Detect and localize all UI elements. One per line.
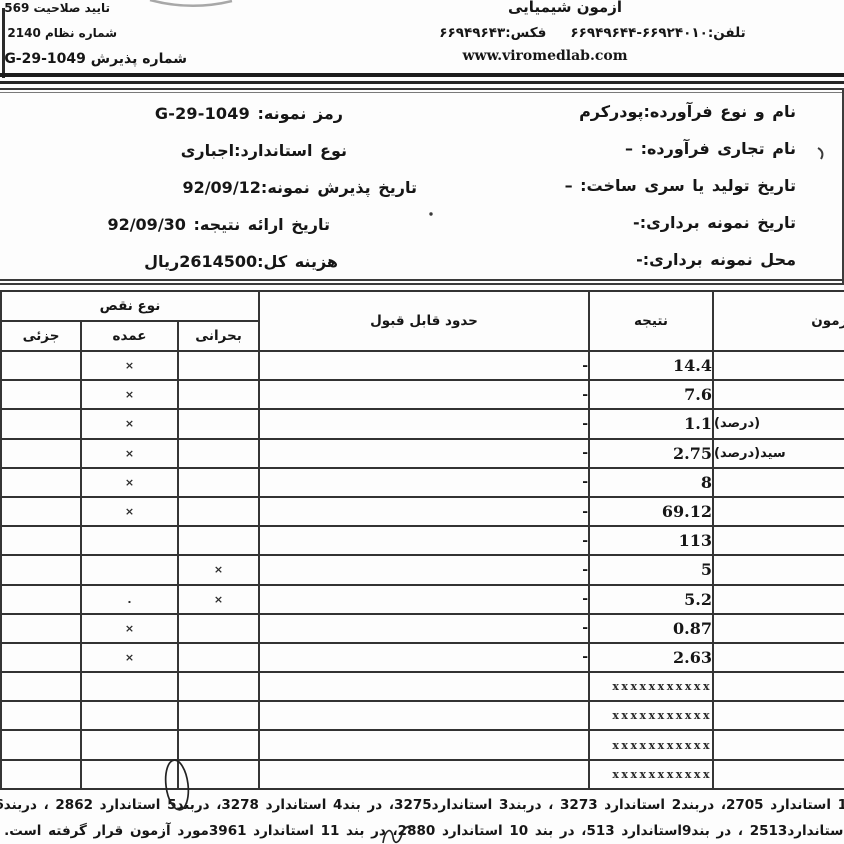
major-defect-cell [81, 701, 178, 730]
result-cell: xxxxxxxxxxx [589, 672, 713, 701]
defect-type-header: نوع نقص [1, 291, 259, 321]
info-bottom-rule [0, 279, 844, 285]
lab-report-page: تایید صلاحیت 569 شماره نظام 2140 شماره پ… [0, 0, 844, 844]
major-defect-cell: × [81, 643, 178, 672]
footnote-line-1: د1 استاندارد 2705، دربند2 استاندارد 3273… [0, 797, 844, 813]
result-cell: 5 [589, 555, 713, 584]
limit-cell: - [259, 468, 589, 497]
info-production-date: تاریخ تولید یا سری ساخت: – [565, 176, 796, 195]
limit-cell: - [259, 526, 589, 555]
test-name-cell [713, 555, 844, 584]
test-name-cell [713, 351, 844, 380]
critical-defect-cell [178, 380, 259, 409]
major-defect-cell: × [81, 497, 178, 526]
critical-defect-header: بحرانی [178, 321, 259, 351]
test-name-cell: (درصد) [713, 409, 844, 438]
phone-fax-line: تلفن:۶۶۹۲۴۰۱۰-۶۶۹۴۹۶۴۴فکس:۶۶۹۴۹۶۴۳ [395, 25, 790, 41]
critical-defect-cell [178, 526, 259, 555]
result-cell: 2.63 [589, 643, 713, 672]
major-defect-cell: × [81, 439, 178, 468]
limit-cell: - [259, 643, 589, 672]
critical-defect-cell [178, 468, 259, 497]
result-cell: 2.75 [589, 439, 713, 468]
table-row: × - 2.63 [1, 643, 844, 672]
limit-cell [259, 672, 589, 701]
limit-cell: - [259, 555, 589, 584]
acceptance-number: شماره پذیرش G-29-1049 [4, 51, 187, 67]
limit-cell: - [259, 351, 589, 380]
table-header-row-1: نوع نقص حدود قابل قبول نتیجه آزمون [1, 291, 844, 321]
minor-defect-cell [1, 585, 81, 614]
minor-defect-cell [1, 351, 81, 380]
info-sampling-place: محل نمونه برداری:- [636, 250, 796, 269]
info-result-date: تاریخ ارائه نتیجه: 92/09/30 [107, 215, 330, 234]
minor-defect-cell [1, 409, 81, 438]
test-name-cell [713, 730, 844, 759]
footnote-line-2: استاندارد2513 ، در بند9استاندارد 513، در… [4, 823, 844, 839]
limit-cell: - [259, 585, 589, 614]
header-left-border [2, 8, 5, 78]
phone-number: تلفن:۶۶۹۲۴۰۱۰-۶۶۹۴۹۶۴۴ [570, 25, 745, 41]
edge-cut-mark [818, 148, 822, 159]
info-product-name: نام و نوع فرآورده:پودرکرم [579, 102, 796, 121]
table-row: × - 8 [1, 468, 844, 497]
test-name-cell [713, 672, 844, 701]
minor-defect-cell [1, 701, 81, 730]
result-header: نتیجه [589, 291, 713, 351]
critical-defect-cell [178, 351, 259, 380]
accreditation-number: تایید صلاحیت 569 [4, 1, 110, 15]
test-name-cell [713, 585, 844, 614]
info-trade-name: نام تجاری فرآورده: – [625, 139, 796, 158]
table-row: xxxxxxxxxxx [1, 760, 844, 789]
major-defect-cell: × [81, 380, 178, 409]
limit-cell: - [259, 439, 589, 468]
limit-cell [259, 730, 589, 759]
critical-defect-cell [178, 439, 259, 468]
minor-defect-cell [1, 555, 81, 584]
critical-defect-cell [178, 497, 259, 526]
major-defect-cell [81, 730, 178, 759]
critical-defect-cell [178, 701, 259, 730]
major-defect-header: عمده [81, 321, 178, 351]
table-row: × - 7.6 [1, 380, 844, 409]
table-row: × - 69.12 [1, 497, 844, 526]
table-row: xxxxxxxxxxx [1, 701, 844, 730]
major-defect-cell: × [81, 409, 178, 438]
major-defect-cell [81, 760, 178, 789]
test-name-cell [713, 760, 844, 789]
test-name-cell [713, 701, 844, 730]
info-sampling-date: تاریخ نمونه برداری:- [633, 213, 796, 232]
major-defect-cell [81, 555, 178, 584]
major-defect-cell [81, 526, 178, 555]
result-cell: 8 [589, 468, 713, 497]
minor-defect-cell [1, 380, 81, 409]
result-cell: 0.87 [589, 614, 713, 643]
info-total-cost: هزینه کل:2614500ریال [144, 252, 338, 271]
critical-defect-cell [178, 730, 259, 759]
result-cell: 14.4 [589, 351, 713, 380]
limit-cell: - [259, 614, 589, 643]
stamp-arc-remnant [150, 0, 232, 6]
major-defect-cell: × [81, 614, 178, 643]
info-acceptance-date: تاریخ پذیرش نمونه:92/09/12 [182, 178, 417, 197]
limit-cell: - [259, 497, 589, 526]
header-divider-rule [0, 73, 844, 84]
info-top-rule [0, 88, 844, 93]
result-cell: 7.6 [589, 380, 713, 409]
major-defect-cell [81, 672, 178, 701]
major-defect-cell: . [81, 585, 178, 614]
fax-number: فکس:۶۶۹۴۹۶۴۳ [439, 25, 546, 41]
system-number: شماره نظام 2140 [7, 26, 117, 40]
info-standard-type: نوع استاندارد:اجباری [181, 141, 347, 160]
minor-defect-cell [1, 497, 81, 526]
critical-defect-cell [178, 672, 259, 701]
table-row: . × - 5.2 [1, 585, 844, 614]
stray-dot [429, 212, 432, 215]
info-sample-code: رمز نمونه: G-29-1049 [155, 104, 343, 123]
table-row: - 113 [1, 526, 844, 555]
results-table: نوع نقص حدود قابل قبول نتیجه آزمون جزئی … [0, 290, 844, 790]
doc-title: آزمون شیمیایی [400, 0, 730, 16]
result-cell: 69.12 [589, 497, 713, 526]
limits-header: حدود قابل قبول [259, 291, 589, 351]
major-defect-cell: × [81, 468, 178, 497]
website-url: www.viromedlab.com [380, 48, 710, 64]
test-name-cell [713, 497, 844, 526]
table-row: xxxxxxxxxxx [1, 672, 844, 701]
critical-defect-cell [178, 643, 259, 672]
minor-defect-header: جزئی [1, 321, 81, 351]
result-cell: 5.2 [589, 585, 713, 614]
limit-cell [259, 701, 589, 730]
test-header: آزمون [713, 291, 844, 351]
minor-defect-cell [1, 439, 81, 468]
test-name-cell [713, 468, 844, 497]
minor-defect-cell [1, 643, 81, 672]
table-row: × - 0.87 [1, 614, 844, 643]
table-row: × - 2.75 سید(درصد) [1, 439, 844, 468]
minor-defect-cell [1, 468, 81, 497]
test-name-cell [713, 643, 844, 672]
result-cell: xxxxxxxxxxx [589, 701, 713, 730]
result-cell: xxxxxxxxxxx [589, 730, 713, 759]
result-cell: 1.1 [589, 409, 713, 438]
test-name-cell [713, 614, 844, 643]
critical-defect-cell [178, 409, 259, 438]
minor-defect-cell [1, 614, 81, 643]
critical-defect-cell: × [178, 555, 259, 584]
table-row: xxxxxxxxxxx [1, 730, 844, 759]
major-defect-cell: × [81, 351, 178, 380]
test-name-cell [713, 380, 844, 409]
table-row: × - 1.1 (درصد) [1, 409, 844, 438]
critical-defect-cell [178, 614, 259, 643]
result-cell: xxxxxxxxxxx [589, 760, 713, 789]
minor-defect-cell [1, 730, 81, 759]
test-name-cell: سید(درصد) [713, 439, 844, 468]
test-name-cell [713, 526, 844, 555]
result-cell: 113 [589, 526, 713, 555]
critical-defect-cell: × [178, 585, 259, 614]
limit-cell [259, 760, 589, 789]
table-row: × - 5 [1, 555, 844, 584]
limit-cell: - [259, 380, 589, 409]
minor-defect-cell [1, 672, 81, 701]
minor-defect-cell [1, 760, 81, 789]
minor-defect-cell [1, 526, 81, 555]
table-row: × - 14.4 [1, 351, 844, 380]
critical-defect-cell [178, 760, 259, 789]
limit-cell: - [259, 409, 589, 438]
